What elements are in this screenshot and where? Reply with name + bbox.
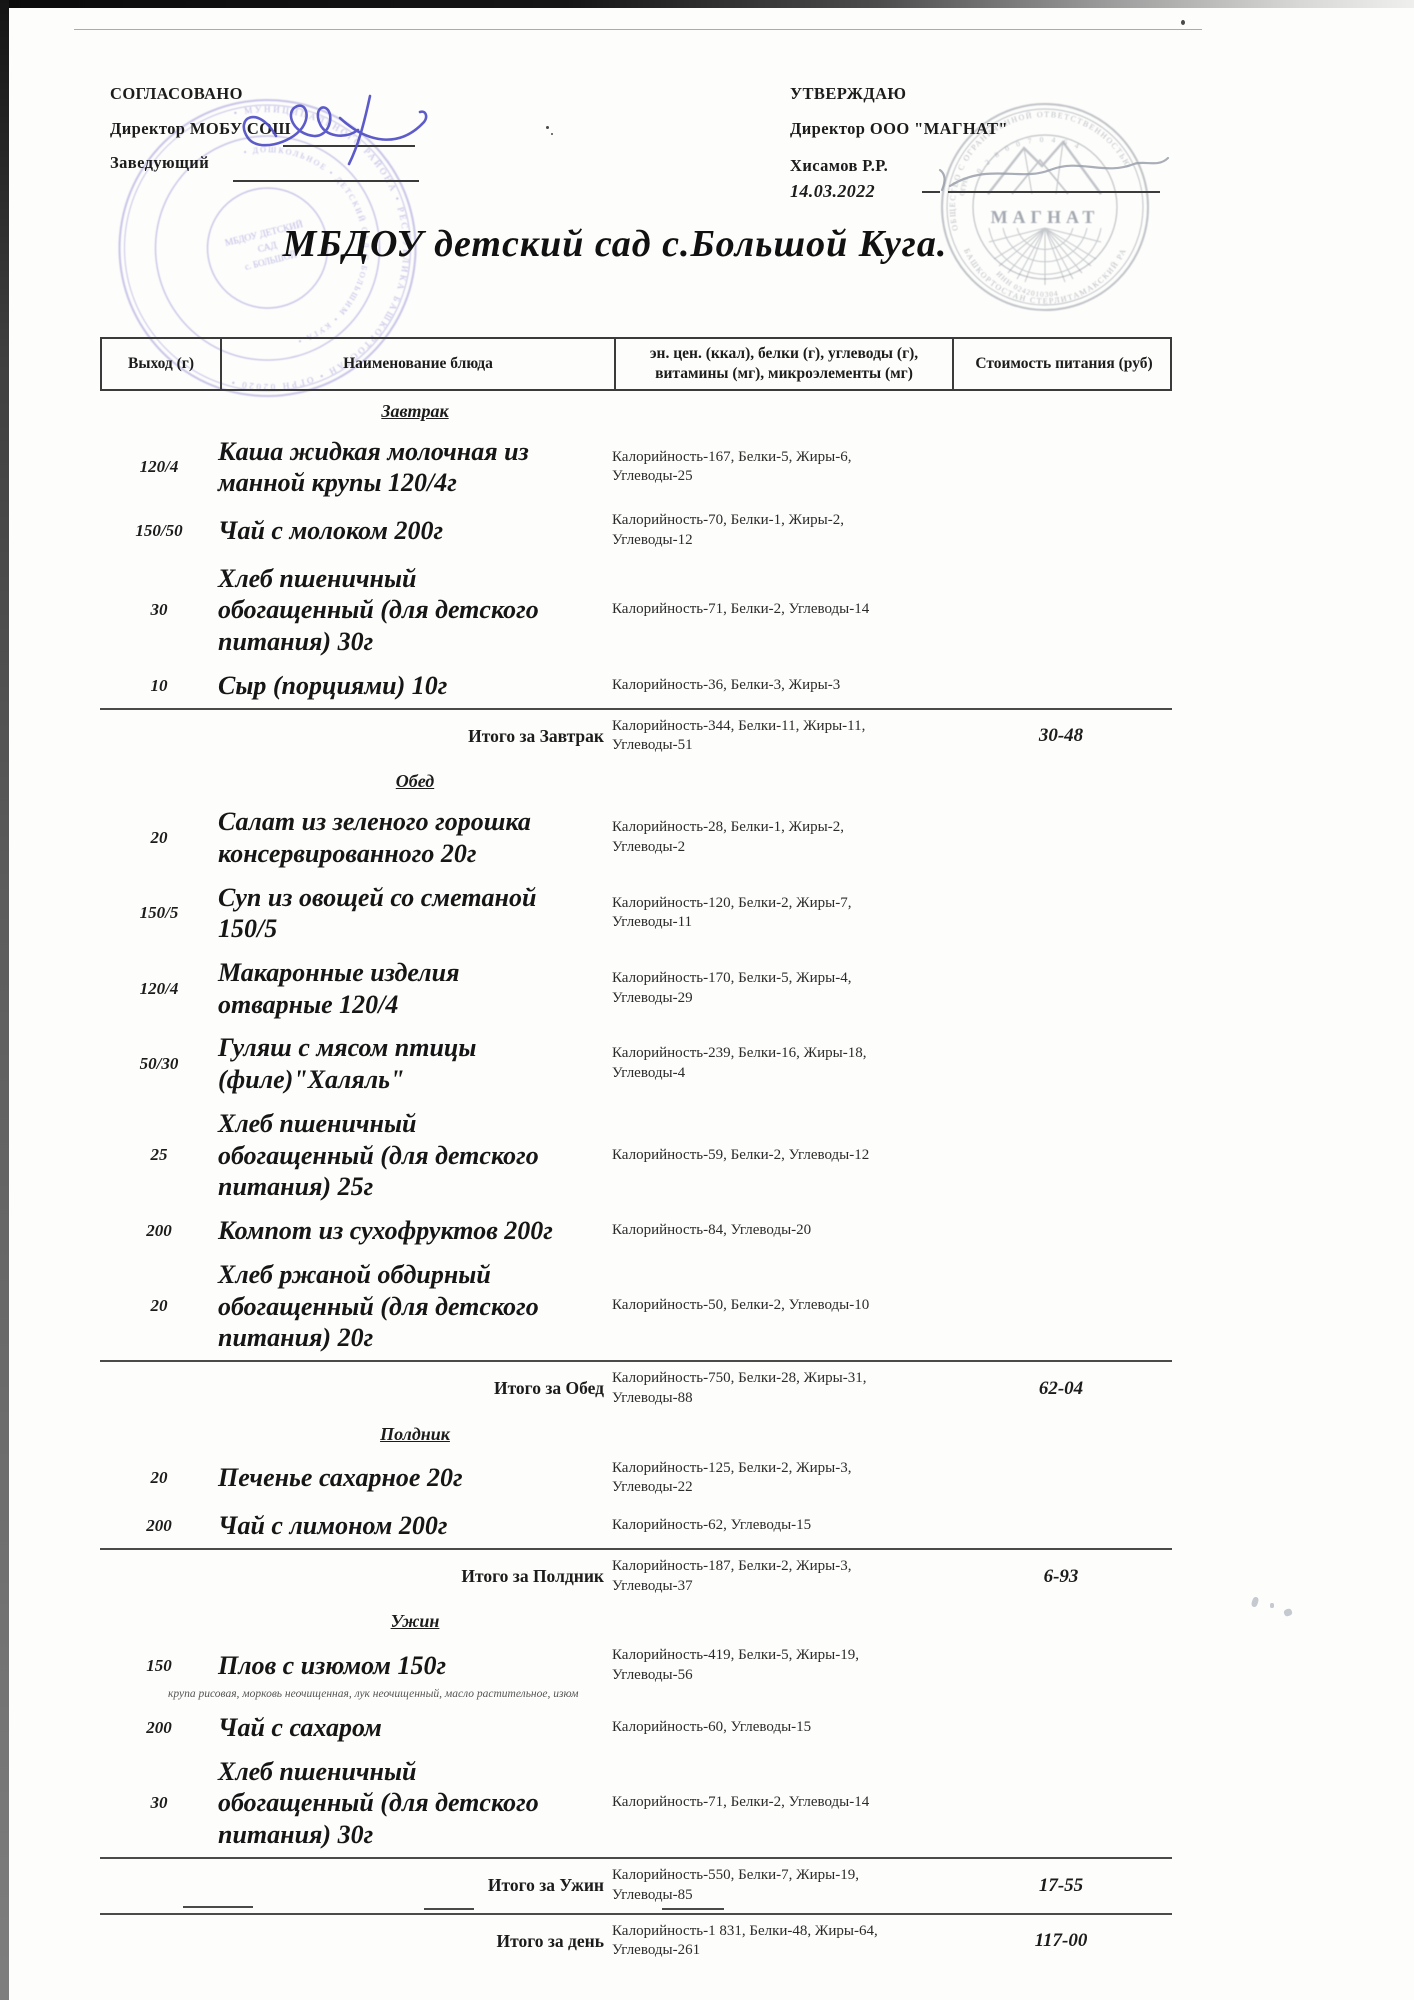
section-row: Полдник xyxy=(100,1416,1172,1453)
menu-row: 50/30 Гуляш с мясом птицы (филе)"Халяль"… xyxy=(100,1026,1172,1101)
empty-cell xyxy=(100,1885,218,1886)
total-label: Итого за Обед xyxy=(218,1378,612,1399)
empty-cell xyxy=(100,1388,218,1389)
menu-row: 120/4 Каша жидкая молочная из манной кру… xyxy=(100,430,1172,505)
menu-row: 200 Чай с сахаром Калорийность-60, Углев… xyxy=(100,1706,1172,1750)
portion-size: 150/5 xyxy=(100,903,218,923)
nutrition-info: Калорийность-70, Белки-1, Жиры-2, Углево… xyxy=(612,511,950,551)
dish-name: Каша жидкая молочная из манной крупы 120… xyxy=(218,436,612,499)
total-nutrition: Калорийность-187, Белки-2, Жиры-3, Углев… xyxy=(612,1557,950,1597)
menu-row: 30 Хлеб пшеничный обогащенный (для детск… xyxy=(100,557,1172,664)
ingredients-note-row: крупа рисовая, морковь неочищенная, лук … xyxy=(100,1688,1172,1706)
breakfast-total-row: Итого за Завтрак Калорийность-344, Белки… xyxy=(100,708,1172,764)
cost-cell xyxy=(950,1064,1172,1065)
portion-size: 120/4 xyxy=(100,457,218,477)
day-total-row: Итого за день Калорийность-1 831, Белки-… xyxy=(100,1913,1172,1969)
section-heading-breakfast: Завтрак xyxy=(218,399,612,424)
approver-name: Хисамов Р.Р. xyxy=(790,156,888,176)
total-nutrition: Калорийность-344, Белки-11, Жиры-11, Угл… xyxy=(612,717,950,757)
nutrition-info: Калорийность-125, Белки-2, Жиры-3, Углев… xyxy=(612,1459,950,1499)
scan-speck xyxy=(1181,20,1185,25)
dish-name: Плов с изюмом 150г xyxy=(218,1650,612,1682)
portion-size: 30 xyxy=(100,1793,218,1813)
document-title: МБДОУ детский сад с.Большой Куга. xyxy=(110,222,1120,266)
day-total-cost: 117-00 xyxy=(950,1930,1172,1952)
approved-label: УТВЕРЖДАЮ xyxy=(790,84,906,104)
portion-size: 200 xyxy=(100,1221,218,1241)
portion-size: 10 xyxy=(100,676,218,696)
dish-name: Хлеб пшеничный обогащенный (для детского… xyxy=(218,563,612,658)
cost-cell xyxy=(950,1525,1172,1526)
nutrition-info: Калорийность-239, Белки-16, Жиры-18, Угл… xyxy=(612,1044,950,1084)
total-cost: 17-55 xyxy=(950,1875,1172,1897)
bottom-line xyxy=(424,1908,474,1910)
menu-row: 20 Печенье сахарное 20г Калорийность-125… xyxy=(100,1453,1172,1505)
total-label: Итого за Завтрак xyxy=(218,726,612,747)
scan-smudge xyxy=(1270,1603,1274,1608)
cost-cell xyxy=(950,837,1172,838)
cost-cell xyxy=(950,913,1172,914)
menu-row: 30 Хлеб пшеничный обогащенный (для детск… xyxy=(100,1750,1172,1857)
menu-row: 20 Салат из зеленого горошка консервиров… xyxy=(100,800,1172,875)
total-nutrition: Калорийность-550, Белки-7, Жиры-19, Угле… xyxy=(612,1866,950,1906)
cost-cell xyxy=(950,1155,1172,1156)
section-heading-dinner: Ужин xyxy=(218,1609,612,1634)
lunch-total-row: Итого за Обед Калорийность-750, Белки-28… xyxy=(100,1360,1172,1416)
total-label: Итого за Полдник xyxy=(218,1566,612,1587)
scan-speck xyxy=(551,133,553,135)
dish-name: Чай с сахаром xyxy=(218,1712,612,1744)
portion-size: 200 xyxy=(100,1516,218,1536)
portion-size: 200 xyxy=(100,1718,218,1738)
day-total-label: Итого за день xyxy=(218,1931,612,1952)
agreed-label: СОГЛАСОВАНО xyxy=(110,84,243,104)
menu-row: 200 Чай с лимоном 200г Калорийность-62, … xyxy=(100,1504,1172,1548)
dish-name: Хлеб пшеничный обогащенный (для детского… xyxy=(218,1756,612,1851)
portion-size: 20 xyxy=(100,828,218,848)
dish-name: Компот из сухофруктов 200г xyxy=(218,1215,612,1247)
dish-name: Сыр (порциями) 10г xyxy=(218,670,612,702)
portion-size: 50/30 xyxy=(100,1054,218,1074)
cost-cell xyxy=(950,530,1172,531)
col-header-nutrition: эн. цен. (ккал), белки (г), углеводы (г)… xyxy=(614,339,952,389)
menu-row: 200 Компот из сухофруктов 200г Калорийно… xyxy=(100,1209,1172,1253)
approved-role: Директор ООО "МАГНАТ" xyxy=(790,119,1008,139)
total-cost: 30-48 xyxy=(950,725,1172,747)
agreed-role-head: Заведующий xyxy=(110,153,209,173)
nutrition-info: Калорийность-36, Белки-3, Жиры-3 xyxy=(612,676,950,696)
cost-cell xyxy=(950,1478,1172,1479)
dish-name: Печенье сахарное 20г xyxy=(218,1462,612,1494)
nutrition-info: Калорийность-120, Белки-2, Жиры-7, Углев… xyxy=(612,894,950,934)
nutrition-info: Калорийность-84, Углеводы-20 xyxy=(612,1221,950,1241)
cost-cell xyxy=(950,685,1172,686)
nutrition-info: Калорийность-59, Белки-2, Углеводы-12 xyxy=(612,1146,950,1166)
cost-cell xyxy=(950,467,1172,468)
portion-size: 25 xyxy=(100,1145,218,1165)
menu-row: 25 Хлеб пшеничный обогащенный (для детск… xyxy=(100,1102,1172,1209)
empty-cell xyxy=(100,1941,218,1942)
table-header-row: Выход (г) Наименование блюда эн. цен. (к… xyxy=(100,337,1172,391)
day-total-nutrition: Калорийность-1 831, Белки-48, Жиры-64, У… xyxy=(612,1922,950,1962)
empty-cell xyxy=(100,736,218,737)
menu-row: 20 Хлеб ржаной обдирный обогащенный (для… xyxy=(100,1253,1172,1360)
scanned-menu-document: • МУНИЦИПАЛЬНОГО РАЙОНА • РЕСПУБЛИКА БАШ… xyxy=(0,0,1414,2000)
section-heading-snack: Полдник xyxy=(218,1422,612,1447)
dish-name: Чай с молоком 200г xyxy=(218,515,612,547)
dish-name: Гуляш с мясом птицы (филе)"Халяль" xyxy=(218,1032,612,1095)
scan-smudge xyxy=(1283,1608,1293,1617)
total-cost: 62-04 xyxy=(950,1378,1172,1400)
dish-name: Суп из овощей со сметаной 150/5 xyxy=(218,882,612,945)
nutrition-info: Калорийность-28, Белки-1, Жиры-2, Углево… xyxy=(612,818,950,858)
scan-left-edge xyxy=(0,0,9,2000)
nutrition-info: Калорийность-50, Белки-2, Углеводы-10 xyxy=(612,1296,950,1316)
total-cost: 6-93 xyxy=(950,1566,1172,1588)
cost-cell xyxy=(950,988,1172,989)
section-row: Завтрак xyxy=(100,393,1172,430)
empty-cell xyxy=(100,1576,218,1577)
scan-speck xyxy=(546,126,549,129)
menu-table: Выход (г) Наименование блюда эн. цен. (к… xyxy=(100,337,1172,1968)
cost-cell xyxy=(950,1306,1172,1307)
director-signature xyxy=(928,146,1178,201)
cost-cell xyxy=(950,1727,1172,1728)
nutrition-info: Калорийность-71, Белки-2, Углеводы-14 xyxy=(612,1793,950,1813)
cost-cell xyxy=(950,1230,1172,1231)
dish-name: Хлеб ржаной обдирный обогащенный (для де… xyxy=(218,1259,612,1354)
col-header-dish: Наименование блюда xyxy=(220,339,614,389)
col-header-cost: Стоимость питания (руб) xyxy=(952,339,1174,389)
dish-name: Макаронные изделия отварные 120/4 xyxy=(218,957,612,1020)
total-nutrition: Калорийность-750, Белки-28, Жиры-31, Угл… xyxy=(612,1369,950,1409)
ingredients-note: крупа рисовая, морковь неочищенная, лук … xyxy=(100,1688,950,1700)
bottom-line xyxy=(662,1908,724,1910)
nutrition-info: Калорийность-419, Белки-5, Жиры-19, Угле… xyxy=(612,1646,950,1686)
dish-name: Хлеб пшеничный обогащенный (для детского… xyxy=(218,1108,612,1203)
section-row: Обед xyxy=(100,763,1172,800)
dish-name: Чай с лимоном 200г xyxy=(218,1510,612,1542)
cost-cell xyxy=(950,610,1172,611)
section-heading-lunch: Обед xyxy=(218,769,612,794)
cost-cell xyxy=(950,1803,1172,1804)
menu-row: 10 Сыр (порциями) 10г Калорийность-36, Б… xyxy=(100,664,1172,708)
portion-size: 150/50 xyxy=(100,521,218,541)
portion-size: 20 xyxy=(100,1296,218,1316)
menu-row: 150/5 Суп из овощей со сметаной 150/5 Ка… xyxy=(100,876,1172,951)
section-row: Ужин xyxy=(100,1603,1172,1640)
bottom-line xyxy=(183,1906,253,1908)
menu-row: 150 Плов с изюмом 150г Калорийность-419,… xyxy=(100,1640,1172,1692)
nutrition-info: Калорийность-170, Белки-5, Жиры-4, Углев… xyxy=(612,969,950,1009)
nutrition-info: Калорийность-60, Углеводы-15 xyxy=(612,1718,950,1738)
portion-size: 150 xyxy=(100,1656,218,1676)
cost-cell xyxy=(950,1666,1172,1667)
col-header-output: Выход (г) xyxy=(102,339,220,389)
head-signature xyxy=(228,84,443,189)
scan-top-edge xyxy=(0,0,1414,8)
nutrition-info: Калорийность-167, Белки-5, Жиры-6, Углев… xyxy=(612,448,950,488)
portion-size: 20 xyxy=(100,1468,218,1488)
scan-smudge xyxy=(1251,1596,1260,1607)
nutrition-info: Калорийность-71, Белки-2, Углеводы-14 xyxy=(612,600,950,620)
scan-line-artifact xyxy=(74,29,1202,30)
dish-name: Салат из зеленого горошка консервированн… xyxy=(218,806,612,869)
snack-total-row: Итого за Полдник Калорийность-187, Белки… xyxy=(100,1548,1172,1604)
nutrition-info: Калорийность-62, Углеводы-15 xyxy=(612,1516,950,1536)
total-label: Итого за Ужин xyxy=(218,1875,612,1896)
menu-row: 150/50 Чай с молоком 200г Калорийность-7… xyxy=(100,505,1172,557)
dinner-total-row: Итого за Ужин Калорийность-550, Белки-7,… xyxy=(100,1857,1172,1913)
approval-date: 14.03.2022 xyxy=(790,181,875,202)
menu-row: 120/4 Макаронные изделия отварные 120/4 … xyxy=(100,951,1172,1026)
portion-size: 30 xyxy=(100,600,218,620)
portion-size: 120/4 xyxy=(100,979,218,999)
